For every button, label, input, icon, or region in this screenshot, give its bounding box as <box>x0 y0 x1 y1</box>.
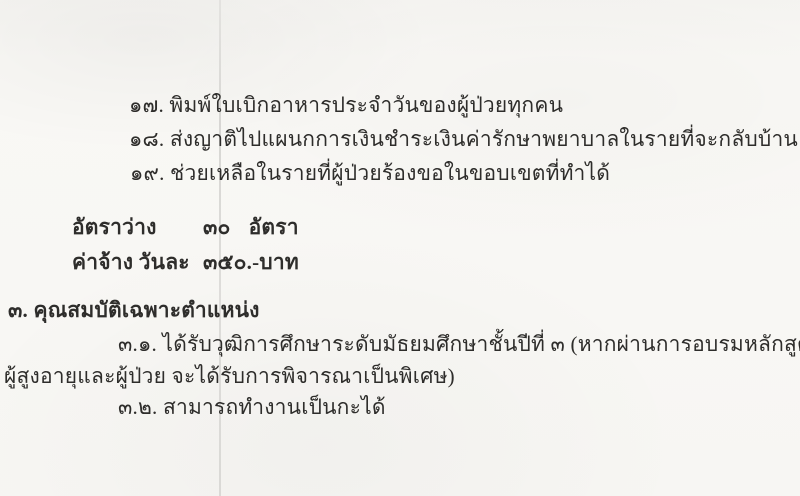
wage-label: ค่าจ้าง วันละ <box>72 249 203 275</box>
wage-row: ค่าจ้าง วันละ ๓๕๐.-บาท <box>72 249 299 275</box>
vacancy-label: อัตราว่าง <box>72 214 203 240</box>
wage-value: ๓๕๐.-บาท <box>203 249 299 275</box>
vacancy-row: อัตราว่าง ๓๐ อัตรา <box>72 214 299 240</box>
qualification-item-3-1-line1: ๓.๑. ได้รับวุฒิการศึกษาระดับมัธยมศึกษาชั… <box>118 331 800 357</box>
document-page: ๑๗. พิมพ์ใบเบิกอาหารประจำวันของผู้ป่วยทุ… <box>0 0 800 496</box>
duty-item-17: ๑๗. พิมพ์ใบเบิกอาหารประจำวันของผู้ป่วยทุ… <box>129 92 563 118</box>
qualifications-section-heading: ๓. คุณสมบัติเฉพาะตำแหน่ง <box>8 297 260 323</box>
duty-item-19: ๑๙. ช่วยเหลือในรายที่ผู้ป่วยร้องขอในขอบเ… <box>130 160 610 186</box>
paper-texture <box>0 0 800 496</box>
fold-crease-line <box>219 0 221 496</box>
qualification-item-3-2: ๓.๒. สามารถทำงานเป็นกะได้ <box>118 394 386 420</box>
qualification-item-3-1-line2: ผู้สูงอายุและผู้ป่วย จะได้รับการพิจารณาเ… <box>4 363 455 389</box>
vacancy-count: ๓๐ <box>203 214 231 240</box>
duty-item-18: ๑๘. ส่งญาติไปแผนกการเงินชำระเงินค่ารักษา… <box>129 126 798 152</box>
vacancy-unit: อัตรา <box>249 214 299 240</box>
